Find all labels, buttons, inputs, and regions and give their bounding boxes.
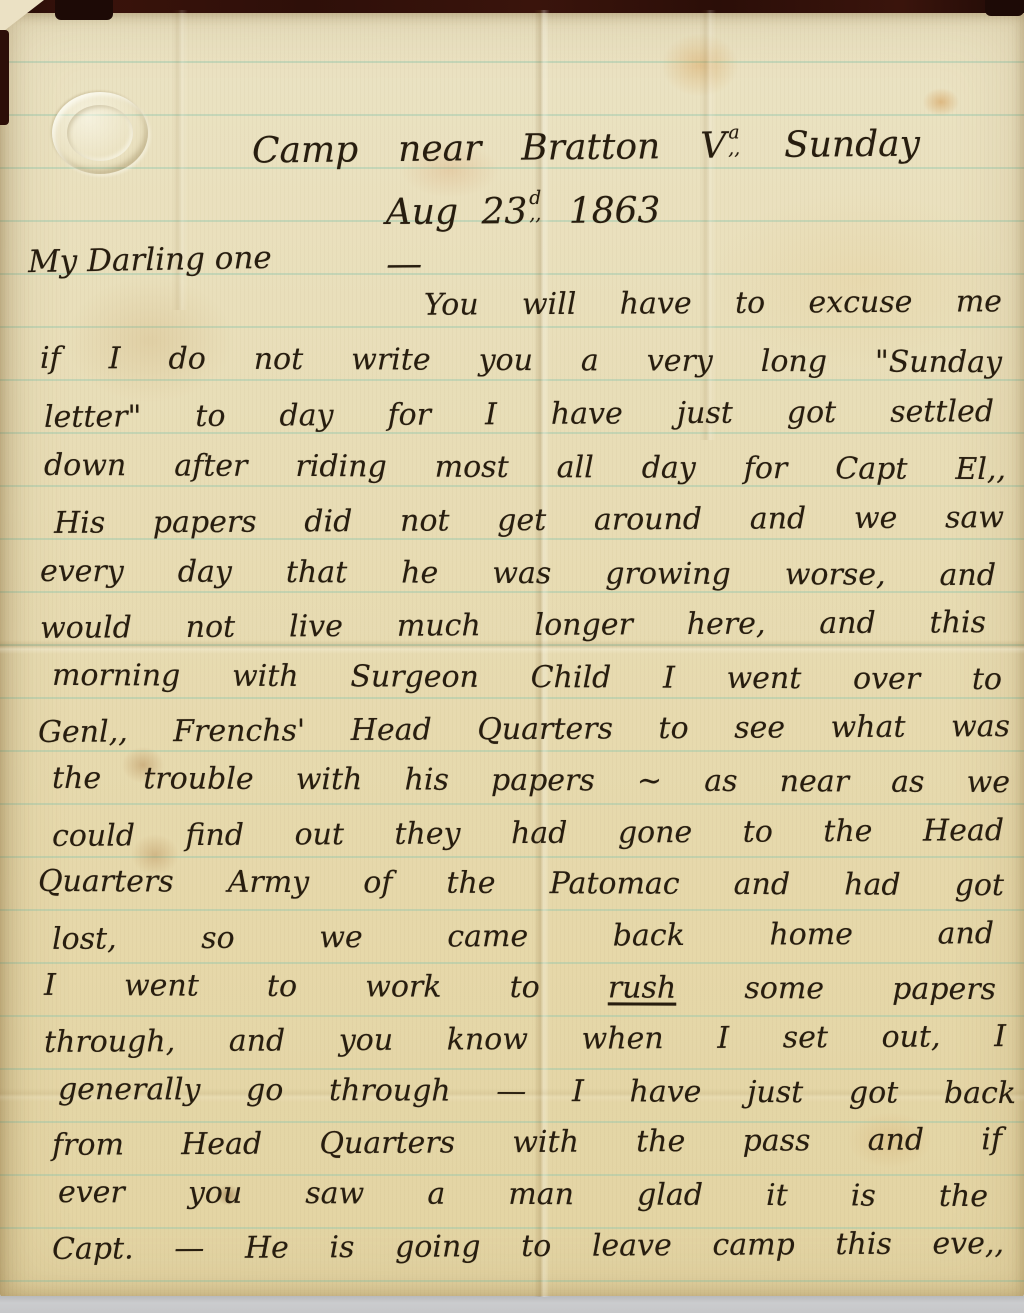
- letter-heading-date: Aug 23d,, 1863 —: [386, 185, 687, 291]
- letter-line: down after riding most all day for Capt …: [44, 445, 1006, 491]
- abbreviation-marks: ,,: [529, 207, 541, 223]
- embossed-stationery-seal: [52, 92, 148, 174]
- letter-line: could find out they had gone to the Head: [52, 810, 1004, 858]
- underlined-word: rush: [608, 970, 677, 1005]
- letter-heading-place-date: Camp near Bratton Va,, Sunday: [252, 119, 921, 178]
- abbreviation-marks: ,,: [728, 141, 740, 157]
- heading-place-text: Camp near Bratton V: [252, 126, 727, 172]
- letter-line: the trouble with his papers ~ as near as…: [52, 758, 1010, 804]
- letter-line: ever you saw a man glad it is the: [58, 1172, 988, 1218]
- scan-background-top-edge: [0, 0, 1024, 13]
- date-month-day: Aug 23: [386, 191, 528, 233]
- letter-line: I went to work to rush some papers: [44, 965, 996, 1011]
- letter-line-text: some papers: [676, 971, 996, 1007]
- superscript-ordinal: d,,: [529, 191, 541, 223]
- paper-edge-shadow: [55, 0, 113, 20]
- letter-line: Quarters Army of the Patomac and had got: [38, 861, 1004, 907]
- letter-line: lost, so we came back home and: [52, 913, 994, 961]
- scanned-letter-page: Camp near Bratton Va,, Sunday Aug 23d,, …: [0, 0, 1024, 1313]
- letter-line: Capt. — He is going to leave camp this e…: [52, 1223, 1004, 1271]
- letter-line: through, and you know when I set out, I: [44, 1016, 1006, 1064]
- heading-day-text: Sunday: [784, 124, 920, 166]
- letter-line: from Head Quarters with the pass and if: [52, 1119, 1002, 1167]
- letter-line: if I do not write you a very long "Sunda…: [40, 338, 1002, 384]
- paper-edge-notch: [0, 30, 9, 125]
- letter-line: His papers did not get around and we saw: [54, 497, 1004, 545]
- letter-line: would not live much longer here, and thi…: [40, 602, 986, 650]
- superscript-abbreviation: a,,: [728, 125, 740, 157]
- letter-line: morning with Surgeon Child I went over t…: [52, 655, 1002, 701]
- letter-line: You will have to excuse me: [424, 281, 1002, 327]
- letter-line-text: I went to work to: [44, 968, 608, 1005]
- letter-line: Genl,, Frenchs' Head Quarters to see wha…: [38, 706, 1010, 754]
- letter-line: every day that he was growing worse, and: [40, 551, 996, 597]
- scanner-bed-strip: [0, 1296, 1024, 1313]
- letter-line: generally go through — I have just got b…: [58, 1069, 1016, 1115]
- paper-edge-shadow: [985, 0, 1024, 16]
- letter-line: letter" to day for I have just got settl…: [44, 391, 994, 439]
- letter-salutation: My Darling one: [28, 237, 272, 283]
